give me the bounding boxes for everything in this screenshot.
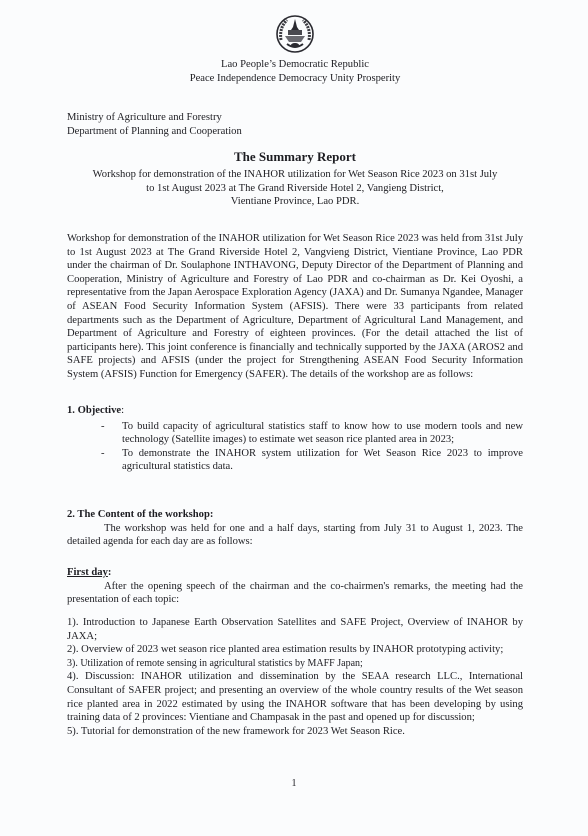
heading-suffix: :: [108, 567, 112, 578]
ministry-block: Ministry of Agriculture and Forestry Dep…: [67, 111, 523, 138]
section-content: 2. The Content of the workshop: The work…: [67, 508, 523, 549]
heading-suffix: :: [121, 405, 124, 416]
subtitle-line: Workshop for demonstration of the INAHOR…: [75, 168, 515, 182]
list-item: -To demonstrate the INAHOR system utiliz…: [67, 447, 523, 474]
topic-item: 5). Tutorial for demonstration of the ne…: [67, 725, 523, 739]
lao-emblem-icon: [275, 14, 315, 54]
ministry-name: Ministry of Agriculture and Forestry: [67, 111, 523, 125]
bullet-dash: -: [101, 420, 105, 434]
topic-item: 1). Introduction to Japanese Earth Obser…: [67, 616, 523, 643]
topic-item: 3). Utilization of remote sensing in agr…: [67, 657, 523, 671]
list-item: -To build capacity of agricultural stati…: [67, 420, 523, 447]
report-title: The Summary Report: [67, 150, 523, 164]
topic-list: 1). Introduction to Japanese Earth Obser…: [67, 616, 523, 738]
topic-item: 4). Discussion: INAHOR utilization and d…: [67, 670, 523, 724]
letterhead: Lao People’s Democratic Republic Peace I…: [67, 58, 523, 85]
section-objective: 1. Objective: -To build capacity of agri…: [67, 404, 523, 474]
first-day-heading: First day: [67, 567, 108, 578]
intro-paragraph: Workshop for demonstration of the INAHOR…: [67, 232, 523, 382]
section-heading: 1. Objective: [67, 405, 121, 416]
topic-item: 2). Overview of 2023 wet season rice pla…: [67, 643, 523, 657]
page-number: 1: [0, 777, 588, 791]
country-name: Lao People’s Democratic Republic: [67, 58, 523, 72]
first-day-body: After the opening speech of the chairman…: [67, 580, 523, 607]
objective-list: -To build capacity of agricultural stati…: [67, 420, 523, 474]
report-subtitle: Workshop for demonstration of the INAHOR…: [67, 168, 523, 209]
bullet-text: To build capacity of agricultural statis…: [122, 421, 523, 446]
first-day-block: First day: After the opening speech of t…: [67, 566, 523, 607]
subtitle-line: Vientiane Province, Lao PDR.: [75, 195, 515, 209]
bullet-text: To demonstrate the INAHOR system utiliza…: [122, 448, 523, 473]
national-motto: Peace Independence Democracy Unity Prosp…: [67, 72, 523, 86]
section-heading: 2. The Content of the workshop:: [67, 508, 523, 522]
section-body: The workshop was held for one and a half…: [67, 522, 523, 549]
department-name: Department of Planning and Cooperation: [67, 125, 523, 139]
document-page: Lao People’s Democratic Republic Peace I…: [0, 0, 588, 836]
bullet-dash: -: [101, 447, 105, 461]
subtitle-line: to 1st August 2023 at The Grand Riversid…: [75, 182, 515, 196]
